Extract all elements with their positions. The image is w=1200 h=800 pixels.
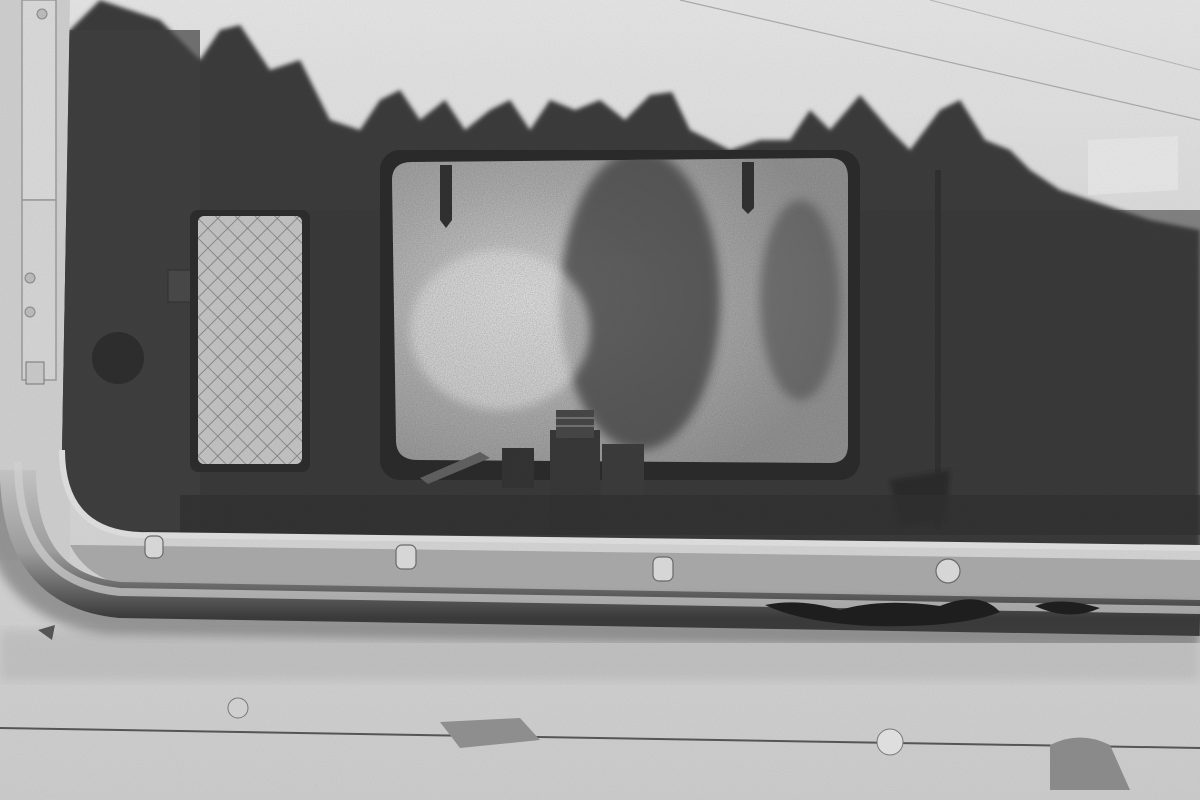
photo bbox=[0, 0, 1200, 800]
photo-canvas bbox=[0, 0, 1200, 800]
